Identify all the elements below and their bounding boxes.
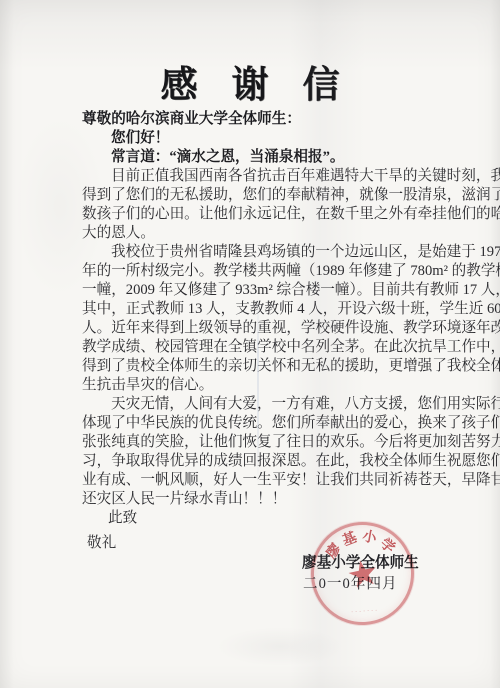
letter-line: 年的一所村级完小。教学楼共两幢（1989 年修建了 780m² 的教学楼: [82, 262, 464, 281]
letter-body: 尊敬的哈尔滨商业大学全体师生：您们好！常言道：“滴水之恩，当涌泉相报”。目前正值…: [82, 110, 464, 509]
letter-line: 教学成绩、校园管理在全镇学校中名列全茅。在此次抗旱工作中，又: [82, 338, 464, 357]
greeting: 您们好！: [82, 129, 464, 148]
letter-line: 天灾无情，人间有大爱，一方有难，八方支援，您们用实际行动: [82, 395, 464, 414]
letter-line: 目前正值我国西南各省抗击百年难遇特大干旱的关键时刻，我校: [82, 167, 464, 186]
seal-arc-text: 廖基小学: [311, 522, 408, 529]
seal-arc-char: 小: [361, 530, 377, 546]
school-seal-stamp: 廖基小学 ★ ·······: [308, 519, 418, 629]
date-line: 二0一0年四月: [303, 575, 398, 594]
salutation: 尊敬的哈尔滨商业大学全体师生：: [82, 110, 464, 129]
letter-line: 得到了您们的无私援助，您们的奉献精神，就像一股清泉，滋润了无: [82, 186, 464, 205]
letter-line: 大的恩人。: [82, 224, 464, 243]
letter-line: 习，争取取得优异的成绩回报深恩。在此，我校全体师生祝愿您们事: [82, 452, 464, 471]
letter-title: 感谢信: [0, 54, 500, 108]
letter-line: 业有成、一帆风顺，好人一生平安！让我们共同祈祷苍天，早降甘霖，: [82, 471, 464, 490]
closing-jingli: 敬礼: [87, 534, 116, 553]
scanned-letter-page: 感谢信 尊敬的哈尔滨商业大学全体师生：您们好！常言道：“滴水之恩，当涌泉相报”。…: [0, 0, 500, 688]
letter-line: 数孩子们的心田。让他们永远记住，在数千里之外有牵挂他们的哈商: [82, 205, 464, 224]
letter-line: 还灾区人民一片绿水青山！！！: [82, 490, 464, 509]
proverb-line: 常言道：“滴水之恩，当涌泉相报”。: [82, 148, 464, 167]
letter-line: 我校位于贵州省晴隆县鸡场镇的一个边远山区，是始建于 1974: [82, 243, 464, 262]
letter-line: 其中，正式教师 13 人，支教教师 4 人，开设六级十班，学生近 600: [82, 300, 464, 319]
letter-line: 体现了中华民族的优良传统。您们所奉献出的爱心，换来了孩子们一: [82, 414, 464, 433]
letter-line: 得到了贵校全体师生的亲切关怀和无私的援助，更增强了我校全体师: [82, 357, 464, 376]
letter-line: 张张纯真的笑脸，让他们恢复了往日的欢乐。今后将更加刻苦努力学: [82, 433, 464, 452]
seal-bottom-marks: ·······: [317, 606, 414, 619]
letter-line: 人。近年来得到上级领导的重视，学校硬件设施、教学环境逐年改善，: [82, 319, 464, 338]
closing-cizhi: 此致: [108, 509, 137, 528]
signature-line: 廖基小学全体师生: [302, 554, 419, 573]
letter-line: 生抗击旱灾的信心。: [82, 376, 464, 395]
letter-line: 一幢，2009 年又修建了 933m² 综合楼一幢）。目前共有教师 17 人，: [82, 281, 464, 300]
seal-arc-char: 基: [341, 531, 359, 549]
